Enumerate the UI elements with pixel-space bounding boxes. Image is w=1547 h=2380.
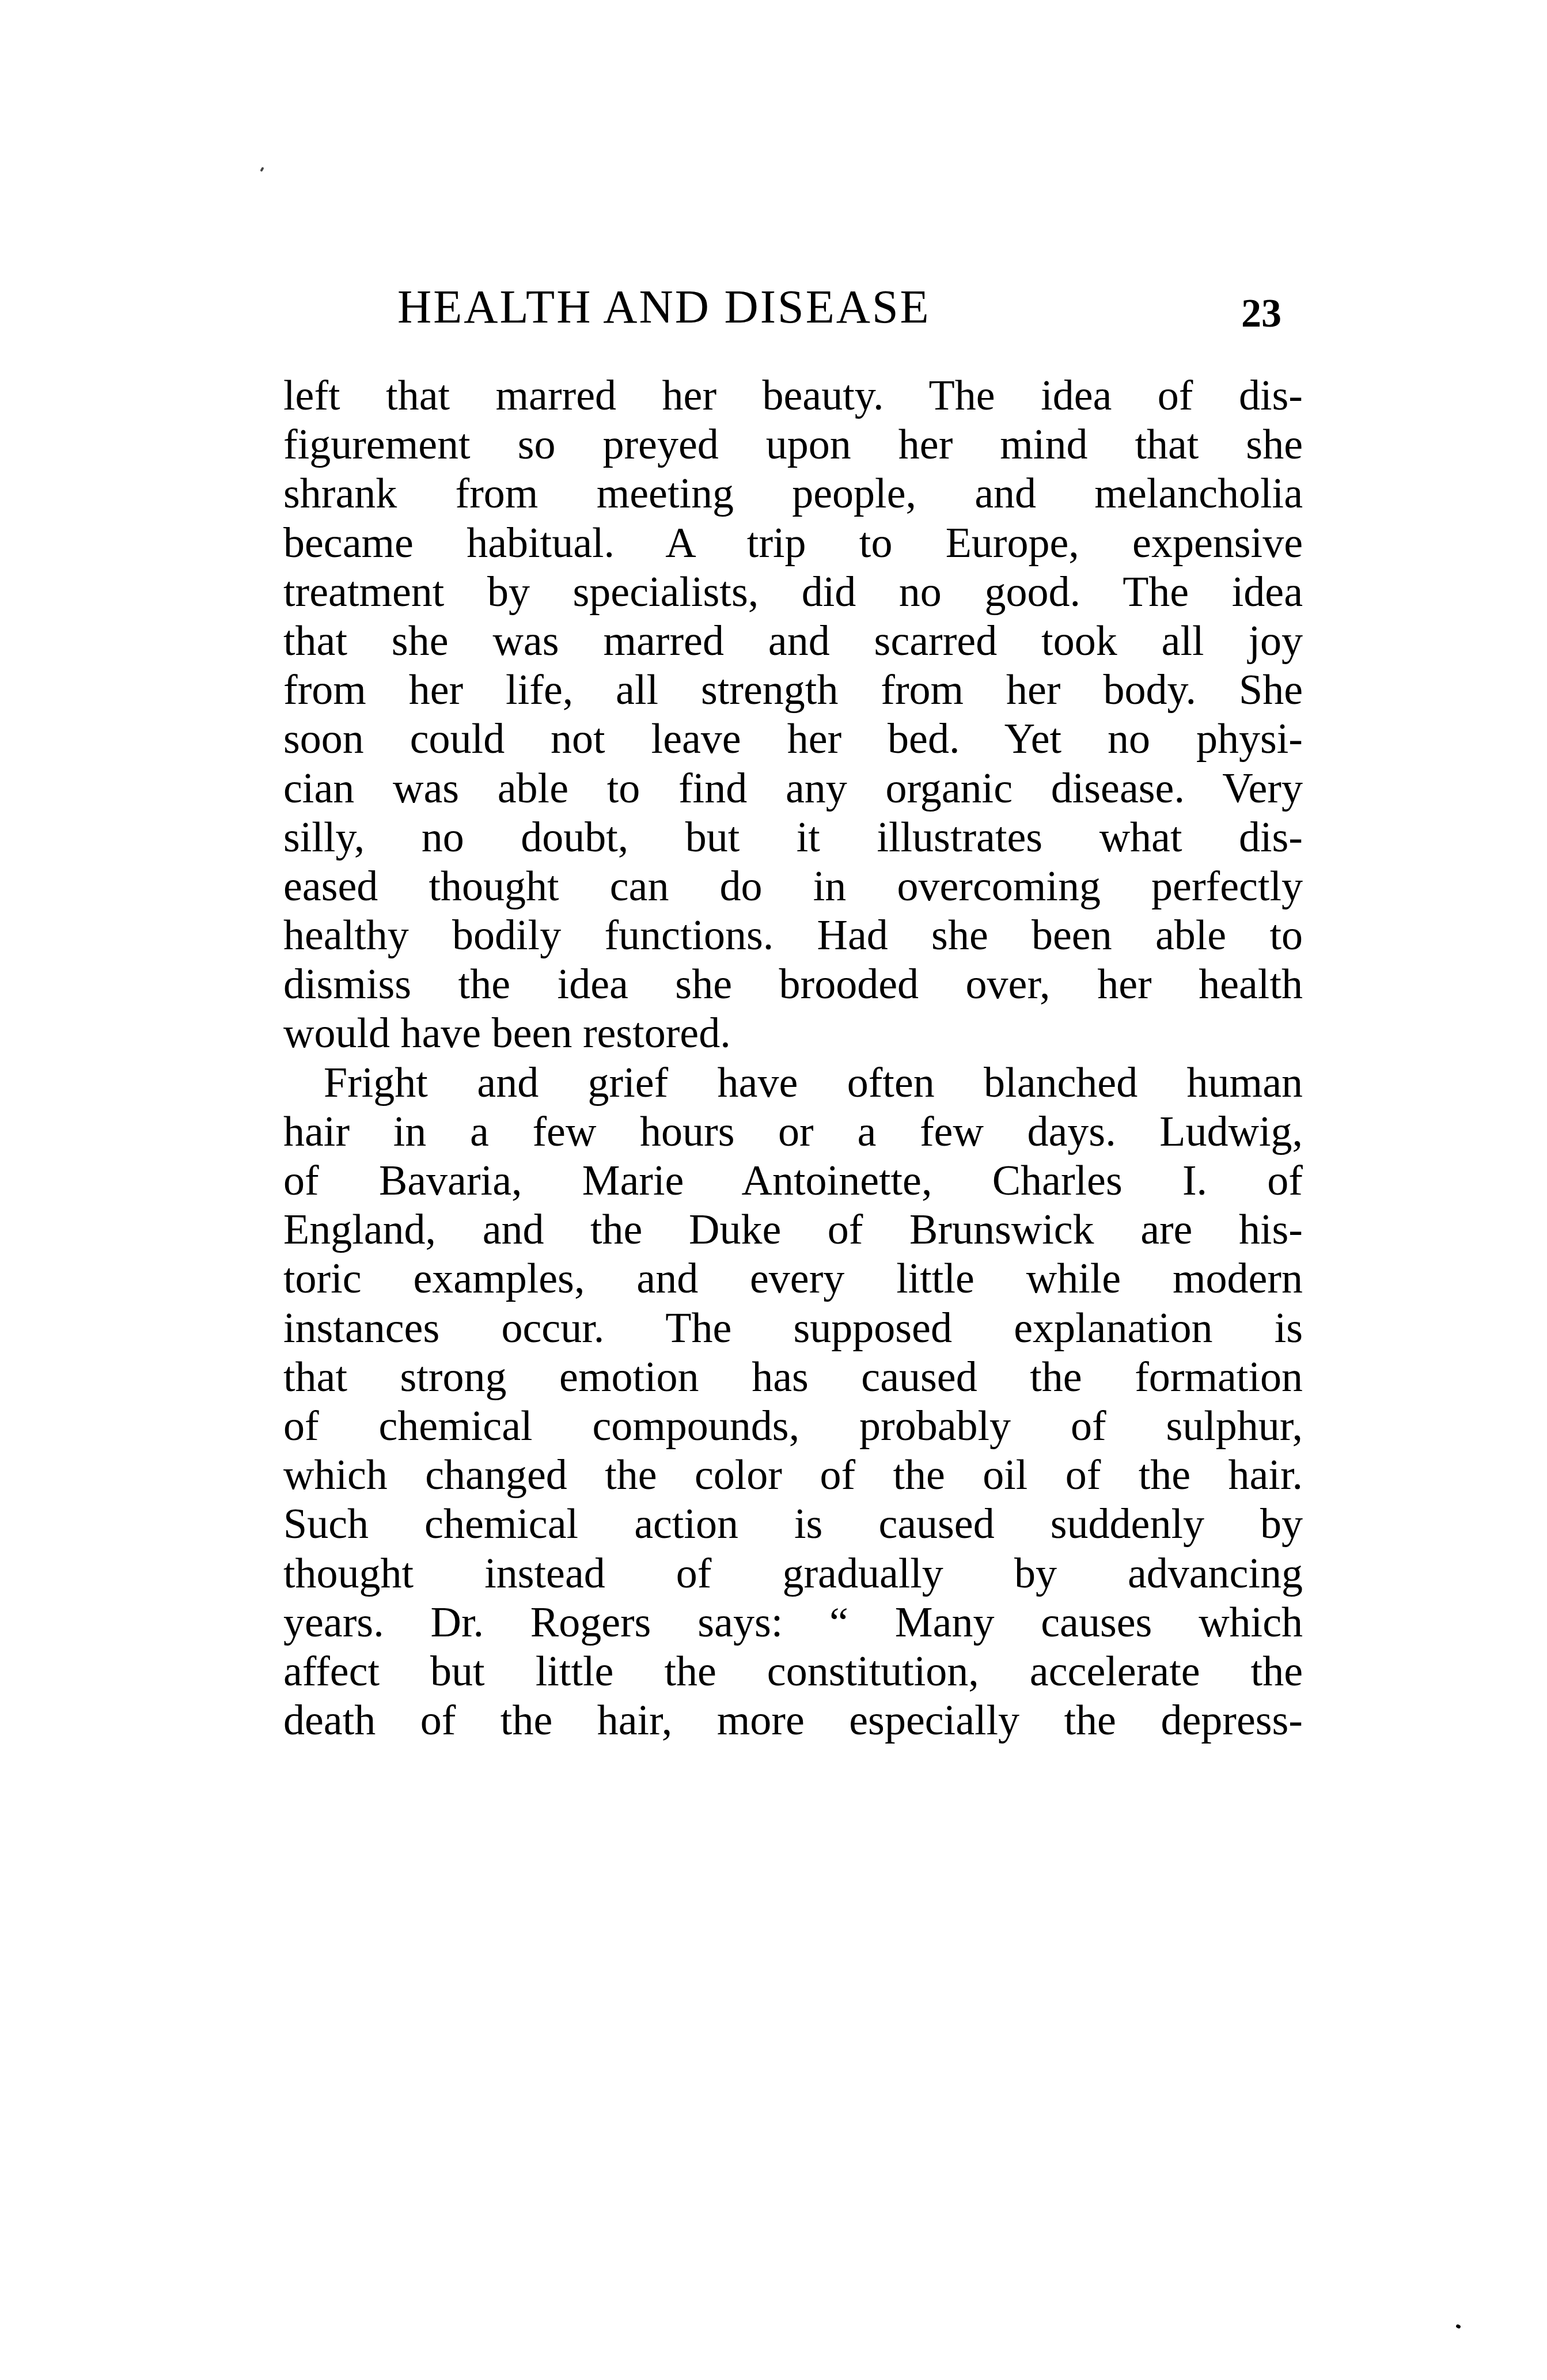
scan-speck	[1455, 2324, 1461, 2329]
text-line: left that marred her beauty. The idea of…	[283, 372, 1303, 420]
text-line: thought instead of gradually by advancin…	[283, 1549, 1303, 1598]
text-line: years. Dr. Rogers says: “ Many causes wh…	[283, 1598, 1303, 1647]
text-line: Fright and grief have often blanched hum…	[283, 1059, 1303, 1108]
text-line: toric examples, and every little while m…	[283, 1255, 1303, 1303]
text-line: soon could not leave her bed. Yet no phy…	[283, 715, 1303, 764]
running-head-title: HEALTH AND DISEASE	[397, 275, 931, 339]
book-page: HEALTH AND DISEASE 23 left that marred h…	[0, 0, 1547, 2380]
text-line: hair in a few hours or a few days. Ludwi…	[283, 1108, 1303, 1157]
text-line: shrank from meeting people, and melancho…	[283, 469, 1303, 518]
paragraph-1: left that marred her beauty. The idea of…	[283, 372, 1303, 1059]
text-line: Such chemical action is caused suddenly …	[283, 1500, 1303, 1549]
text-line: instances occur. The supposed explanatio…	[283, 1304, 1303, 1353]
text-line: became habitual. A trip to Europe, expen…	[283, 519, 1303, 568]
text-line: healthy bodily functions. Had she been a…	[283, 911, 1303, 960]
text-line: England, and the Duke of Brunswick are h…	[283, 1206, 1303, 1255]
text-line: of chemical compounds, probably of sulph…	[283, 1402, 1303, 1451]
text-line: figurement so preyed upon her mind that …	[283, 420, 1303, 469]
page-number: 23	[1241, 282, 1281, 346]
text-line: treatment by specialists, did no good. T…	[283, 568, 1303, 617]
text-line: silly, no doubt, but it illustrates what…	[283, 813, 1303, 862]
scan-speck	[260, 167, 264, 172]
text-line: from her life, all strength from her bod…	[283, 666, 1303, 715]
text-line: of Bavaria, Marie Antoinette, Charles I.…	[283, 1157, 1303, 1206]
text-line: affect but little the constitution, acce…	[283, 1647, 1303, 1696]
text-line: which changed the color of the oil of th…	[283, 1451, 1303, 1500]
text-line: that strong emotion has caused the forma…	[283, 1353, 1303, 1402]
running-head: HEALTH AND DISEASE 23	[397, 275, 1296, 339]
text-line: would have been restored.	[283, 1009, 1303, 1058]
text-line: dismiss the idea she brooded over, her h…	[283, 960, 1303, 1009]
text-line: that she was marred and scarred took all…	[283, 617, 1303, 666]
paragraph-2: Fright and grief have often blanched hum…	[283, 1059, 1303, 1746]
text-line: death of the hair, more especially the d…	[283, 1696, 1303, 1745]
text-line: cian was able to find any organic diseas…	[283, 764, 1303, 813]
text-line: eased thought can do in overcoming perfe…	[283, 862, 1303, 911]
body-text: left that marred her beauty. The idea of…	[283, 372, 1303, 1745]
